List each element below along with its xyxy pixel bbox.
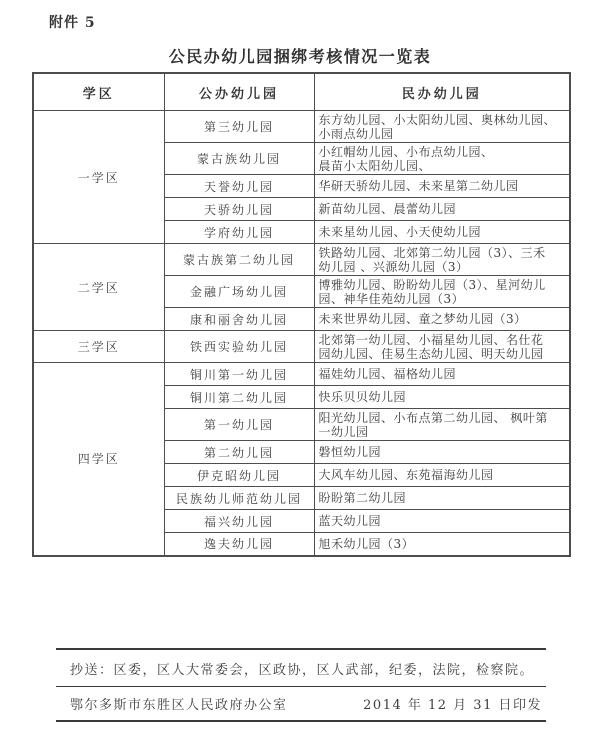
print-date: 2014 年 12 月 31 日印发 xyxy=(363,694,542,713)
document-page: 附件 5 公民办幼儿园捆绑考核情况一览表 学区 公办幼儿园 民办幼儿园 一学区 … xyxy=(0,0,600,731)
private-kindergarten-cell: 大风车幼儿园、东苑福海幼儿园 xyxy=(314,464,570,487)
private-kindergarten-cell: 快乐贝贝幼儿园 xyxy=(314,386,570,409)
private-kindergarten-cell: 蓝天幼儿园 xyxy=(314,510,570,533)
issue-row: 鄂尔多斯市东胜区人民政府办公室 2014 年 12 月 31 日印发 xyxy=(56,687,546,722)
private-kindergarten-cell: 华研天骄幼儿园、未来星第二幼儿园 xyxy=(314,175,570,198)
private-kindergarten-cell: 新苗幼儿园、晨蕾幼儿园 xyxy=(314,198,570,221)
private-kindergarten-cell: 东方幼儿园、小太阳幼儿园、奥林幼儿园、 小雨点幼儿园 xyxy=(314,111,570,143)
public-kindergarten-cell: 福兴幼儿园 xyxy=(164,510,314,533)
public-kindergarten-cell: 民族幼儿师范幼儿园 xyxy=(164,487,314,510)
public-kindergarten-cell: 铁西实验幼儿园 xyxy=(164,331,314,363)
private-kindergarten-cell: 北郊第一幼儿园、小福星幼儿园、名仕花 园幼儿园、佳易生态幼儿园、明天幼儿园 xyxy=(314,331,570,363)
district-cell: 一学区 xyxy=(33,111,164,244)
header-district: 学区 xyxy=(33,73,164,111)
private-kindergarten-cell: 福娃幼儿园、福格幼儿园 xyxy=(314,363,570,386)
private-kindergarten-cell: 未来星幼儿园、小天使幼儿园 xyxy=(314,221,570,244)
public-kindergarten-cell: 逸夫幼儿园 xyxy=(164,533,314,556)
private-kindergarten-cell: 铁路幼儿园、北郊第二幼儿园（3）、三禾 幼儿园 、兴源幼儿园（3） xyxy=(314,244,570,276)
public-kindergarten-cell: 铜川第二幼儿园 xyxy=(164,386,314,409)
private-kindergarten-cell: 阳光幼儿园、小布点第二幼儿园、 枫叶第 一幼儿园 xyxy=(314,409,570,441)
cc-line: 抄送：区委，区人大常委会，区政协，区人武部，纪委，法院，检察院。 xyxy=(56,648,546,687)
private-kindergarten-cell: 未来世界幼儿园、童之梦幼儿园（3） xyxy=(314,308,570,331)
public-kindergarten-cell: 第二幼儿园 xyxy=(164,441,314,464)
district-cell: 四学区 xyxy=(33,363,164,556)
public-kindergarten-cell: 金融广场幼儿园 xyxy=(164,276,314,308)
public-kindergarten-cell: 康和丽舍幼儿园 xyxy=(164,308,314,331)
public-kindergarten-cell: 天誉幼儿园 xyxy=(164,175,314,198)
public-kindergarten-cell: 铜川第一幼儿园 xyxy=(164,363,314,386)
table-header-row: 学区 公办幼儿园 民办幼儿园 xyxy=(33,73,570,111)
private-kindergarten-cell: 旭禾幼儿园（3） xyxy=(314,533,570,556)
private-kindergarten-cell: 磐恒幼儿园 xyxy=(314,441,570,464)
public-kindergarten-cell: 伊克昭幼儿园 xyxy=(164,464,314,487)
document-footer: 抄送：区委，区人大常委会，区政协，区人武部，纪委，法院，检察院。 鄂尔多斯市东胜… xyxy=(56,648,546,722)
public-kindergarten-cell: 第一幼儿园 xyxy=(164,409,314,441)
public-kindergarten-cell: 天骄幼儿园 xyxy=(164,198,314,221)
issuer: 鄂尔多斯市东胜区人民政府办公室 xyxy=(70,694,288,713)
private-kindergarten-cell: 盼盼第二幼儿园 xyxy=(314,487,570,510)
district-cell: 二学区 xyxy=(33,244,164,331)
district-cell: 三学区 xyxy=(33,331,164,363)
header-public: 公办幼儿园 xyxy=(164,73,314,111)
table-row: 三学区 铁西实验幼儿园 北郊第一幼儿园、小福星幼儿园、名仕花 园幼儿园、佳易生态… xyxy=(33,331,570,363)
kindergarten-binding-table: 学区 公办幼儿园 民办幼儿园 一学区 第三幼儿园 东方幼儿园、小太阳幼儿园、奥林… xyxy=(32,72,571,557)
table-row: 一学区 第三幼儿园 东方幼儿园、小太阳幼儿园、奥林幼儿园、 小雨点幼儿园 xyxy=(33,111,570,143)
public-kindergarten-cell: 蒙古族幼儿园 xyxy=(164,143,314,175)
private-kindergarten-cell: 博雅幼儿园、盼盼幼儿园（3）、星河幼儿 园、神华佳苑幼儿园（3） xyxy=(314,276,570,308)
public-kindergarten-cell: 蒙古族第二幼儿园 xyxy=(164,244,314,276)
header-private: 民办幼儿园 xyxy=(314,73,570,111)
table-row: 四学区 铜川第一幼儿园 福娃幼儿园、福格幼儿园 xyxy=(33,363,570,386)
public-kindergarten-cell: 第三幼儿园 xyxy=(164,111,314,143)
public-kindergarten-cell: 学府幼儿园 xyxy=(164,221,314,244)
attachment-label: 附件 5 xyxy=(49,12,96,32)
page-title: 公民办幼儿园捆绑考核情况一览表 xyxy=(0,44,600,67)
table-row: 二学区 蒙古族第二幼儿园 铁路幼儿园、北郊第二幼儿园（3）、三禾 幼儿园 、兴源… xyxy=(33,244,570,276)
private-kindergarten-cell: 小红帽幼儿园、小布点幼儿园、 晨苗小太阳幼儿园、 xyxy=(314,143,570,175)
